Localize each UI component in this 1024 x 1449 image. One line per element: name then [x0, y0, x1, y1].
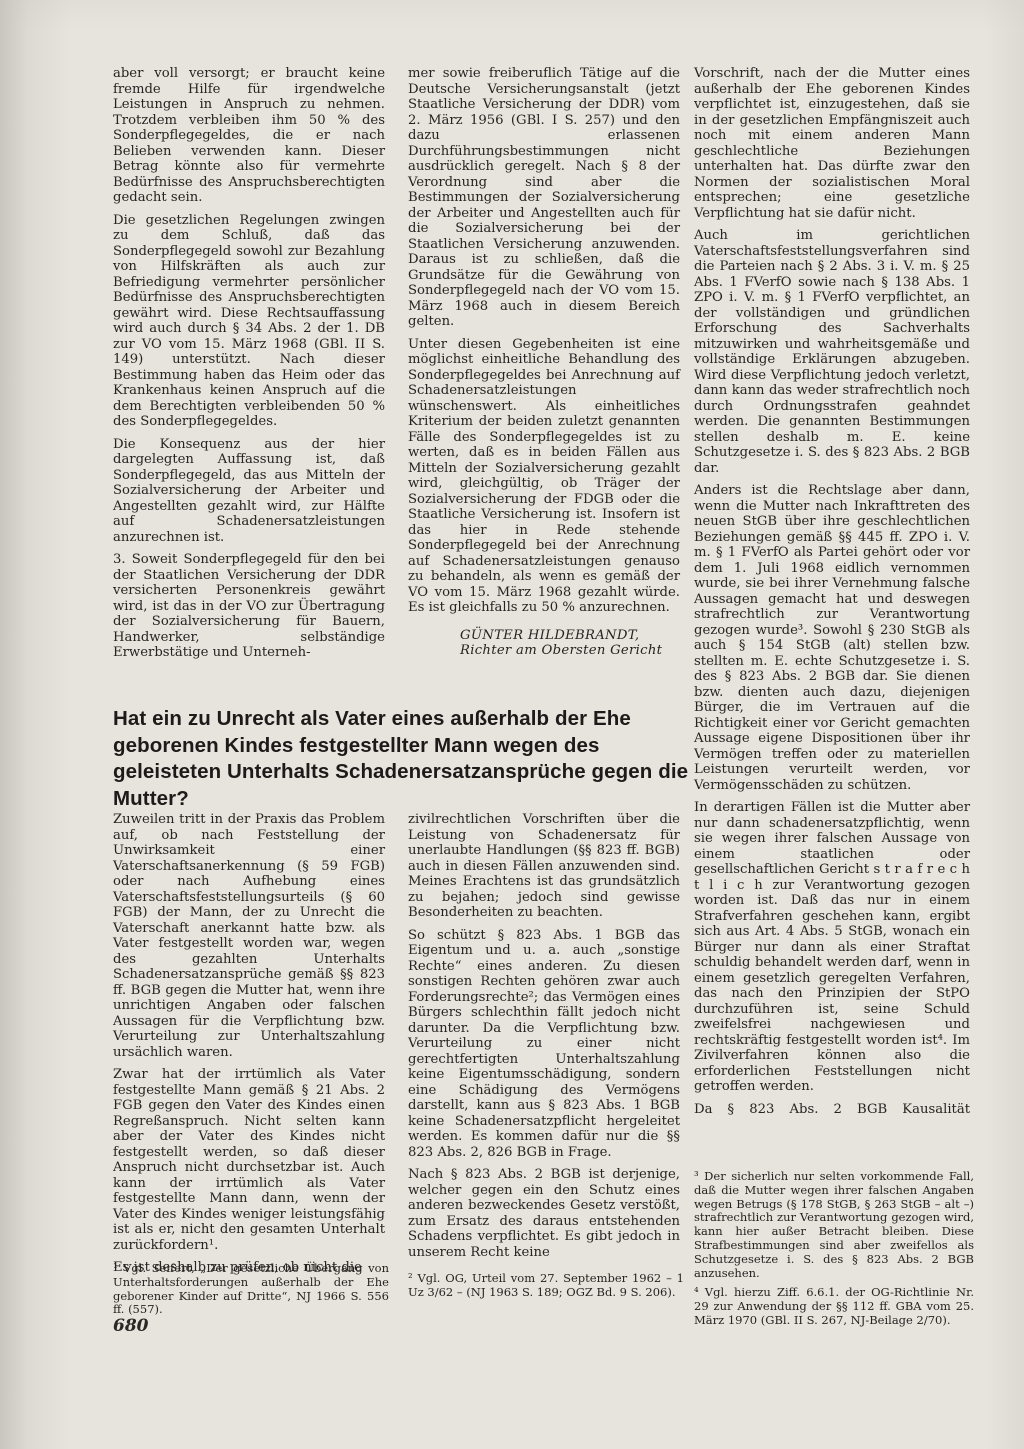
page-number: 680	[113, 1316, 149, 1336]
paragraph: Die Konsequenz aus der hier dargelegten …	[113, 437, 385, 546]
paragraph: mer sowie freiberuflich Tätige auf die D…	[408, 66, 680, 330]
article-title: Hat ein zu Unrecht als Vater eines außer…	[113, 706, 699, 812]
paragraph: zivilrechtlichen Vorschriften über die L…	[408, 812, 680, 921]
article-main-column-1: Zuweilen tritt in der Praxis das Problem…	[113, 812, 385, 1283]
paragraph: Zuweilen tritt in der Praxis das Problem…	[113, 812, 385, 1060]
footnote-1: ¹ Vgl. Seifert, „Der gesetzliche Übergan…	[113, 1262, 389, 1317]
footnote-block-left: ¹ Vgl. Seifert, „Der gesetzliche Übergan…	[113, 1262, 389, 1323]
article-top-column-1: aber voll versorgt; er braucht keine fre…	[113, 66, 385, 668]
paragraph: aber voll versorgt; er braucht keine fre…	[113, 66, 385, 206]
footnote-4: ⁴ Vgl. hierzu Ziff. 6.6.1. der OG-Richtl…	[694, 1286, 974, 1327]
paragraph: Nach § 823 Abs. 2 BGB ist derjenige, wel…	[408, 1167, 680, 1260]
paragraph: Unter diesen Gegebenheiten ist eine mögl…	[408, 337, 680, 616]
paragraph: Zwar hat der irrtümlich als Vater festge…	[113, 1067, 385, 1253]
paragraph: Auch im gerichtlichen Vaterschaftsfestst…	[694, 228, 970, 476]
paragraph: Da § 823 Abs. 2 BGB Kausalität	[694, 1102, 970, 1118]
paragraph: 3. Soweit Sonderpflegegeld für den bei d…	[113, 552, 385, 661]
article-main-column-3: Vorschrift, nach der die Mutter eines au…	[694, 66, 970, 1124]
paragraph: Anders ist die Rechtslage aber dann, wen…	[694, 483, 970, 793]
paragraph: Vorschrift, nach der die Mutter eines au…	[694, 66, 970, 221]
paragraph: In derartigen Fällen ist die Mutter aber…	[694, 800, 970, 1095]
author-byline: GÜNTER HILDEBRANDT, Richter am Obersten …	[408, 628, 680, 659]
footnote-block-right: ³ Der sicherlich nur selten vorkommende …	[694, 1170, 974, 1334]
footnote-3: ³ Der sicherlich nur selten vorkommende …	[694, 1170, 974, 1280]
footnote-2: ² Vgl. OG, Urteil vom 27. September 1962…	[408, 1272, 684, 1300]
article-top-column-2: mer sowie freiberuflich Tätige auf die D…	[408, 66, 680, 666]
paragraph: Die gesetzlichen Regelungen zwingen zu d…	[113, 213, 385, 430]
article-main-column-2: zivilrechtlichen Vorschriften über die L…	[408, 812, 680, 1267]
footnote-block-middle: ² Vgl. OG, Urteil vom 27. September 1962…	[408, 1272, 684, 1306]
paragraph: So schützt § 823 Abs. 1 BGB das Eigentum…	[408, 928, 680, 1161]
